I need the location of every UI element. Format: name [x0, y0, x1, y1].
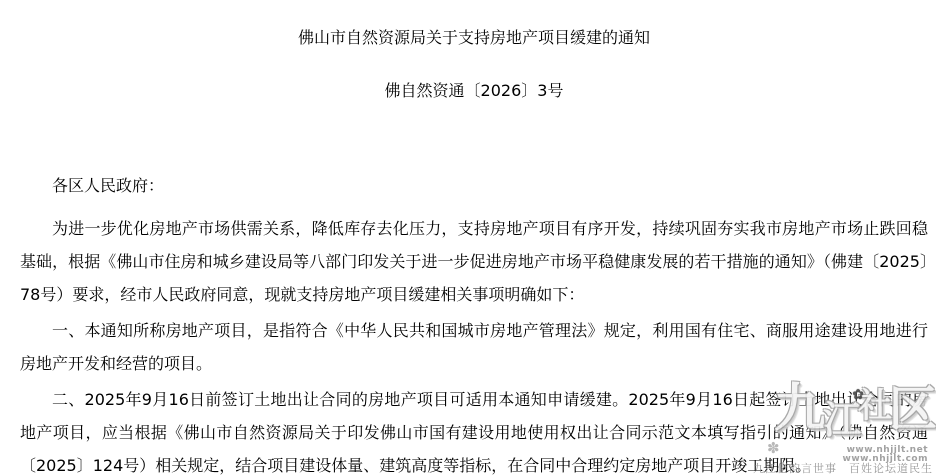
body-paragraph: 一、本通知所称房地产项目，是指符合《中华人民共和国城市房地产管理法》规定，利用国… [20, 314, 928, 380]
document-number: 佛自然资通〔2026〕3号 [20, 81, 928, 101]
watermark: ✽ 九 江 社 区 ✿ www.nhjjlt.net www.nhjjlt.co… [761, 387, 936, 475]
document-page: 佛山市自然资源局关于支持房地产项目缓建的通知 佛自然资通〔2026〕3号 各区人… [0, 0, 936, 475]
body-paragraph: 为进一步优化房地产市场供需关系，降低库存去化压力，支持房地产项目有序开发，持续巩… [20, 212, 928, 311]
salutation: 各区人民政府： [20, 169, 928, 202]
watermark-logo-char: 九 [774, 383, 823, 435]
flower-icon: ✿ [852, 387, 864, 403]
watermark-tagline: 九江佬韵言世事 百姓论坛道民生 [753, 462, 933, 475]
document-title: 佛山市自然资源局关于支持房地产项目缓建的通知 [20, 28, 928, 48]
watermark-logo-char: 区 [889, 385, 934, 433]
sparkle-icon: ✽ [767, 439, 780, 457]
watermark-logo-char: 江 [823, 401, 858, 439]
